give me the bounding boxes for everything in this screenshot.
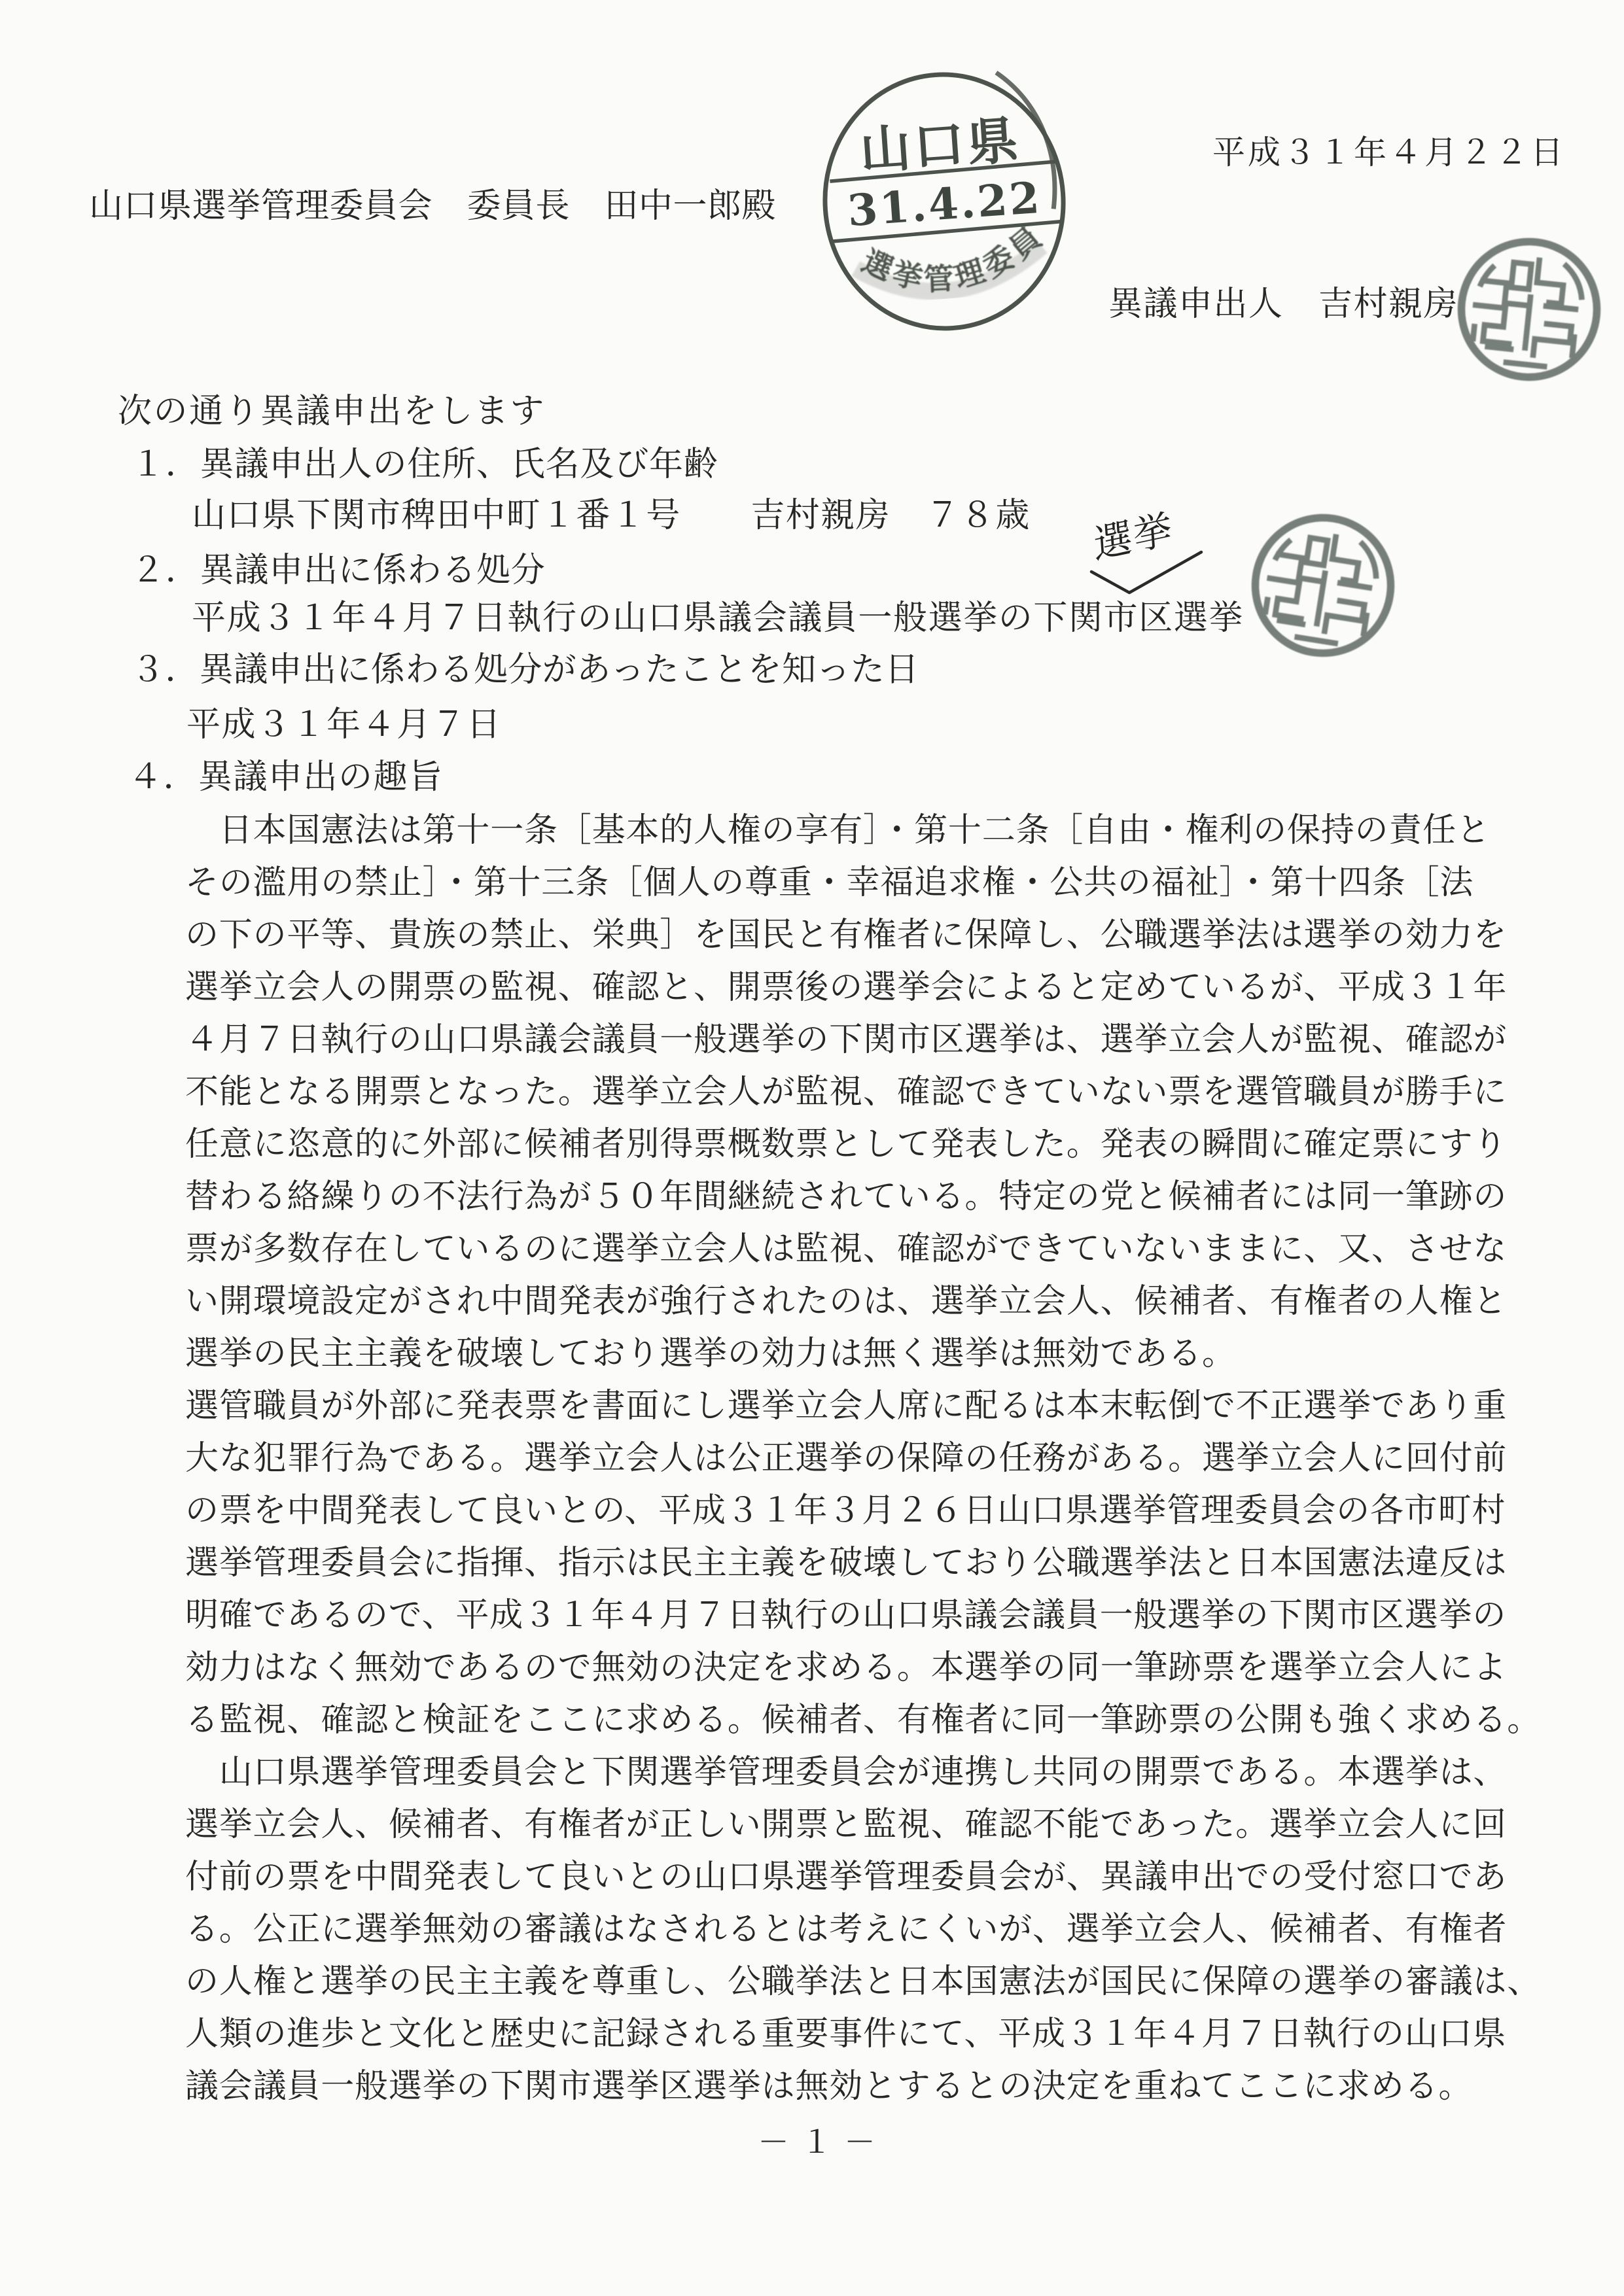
- body-line: る監視、確認と検証をここに求める。候補者、有権者に同一筆跡票の公開も強く求める。: [185, 1694, 1566, 1747]
- item1-content: 山口県下関市稗田中町１番１号 吉村親房 ７８歳: [192, 498, 1031, 534]
- item3-label: ３．異議申出に係わる処分があったことを知った日: [131, 652, 919, 689]
- item1-label: １．異議申出人の住所、氏名及び年齢: [131, 447, 718, 483]
- stamp-oval-border: [817, 67, 1072, 336]
- item2-label: ２．異議申出に係わる処分: [131, 553, 546, 589]
- body-line: 選挙管理委員会に指揮、指示は民主主義を破壊しており公職選挙法と日本国憲法違反は: [185, 1537, 1566, 1590]
- body-line: その濫用の禁止］・第十三条［個人の尊重・幸福追求権・公共の福祉］・第十四条［法: [185, 857, 1566, 909]
- document-date: 平成３１年４月２２日: [1212, 135, 1566, 170]
- overlapping-stamp-arc: [996, 69, 1056, 213]
- page-number: －１－: [758, 2126, 887, 2160]
- item4-label: ４．異議申出の趣旨: [128, 759, 444, 796]
- body-line: い開環境設定がされ中間発表が強行されたのは、選挙立会人、候補者、有権者の人権と: [185, 1276, 1566, 1328]
- body-line: 選挙の民主主義を破壊しており選挙の効力は無く選挙は無効である。: [185, 1328, 1566, 1380]
- body-line: 替わる絡繰りの不法行為が５０年間継続されている。特定の党と候補者には同一筆跡の: [185, 1171, 1566, 1223]
- statement-body: 日本国憲法は第十一条［基本的人権の享有］・第十二条［自由・権利の保持の責任とその…: [185, 805, 1566, 2113]
- handwritten-text: 選挙: [1092, 507, 1174, 568]
- body-line: 票が多数存在しているのに選挙立会人は監視、確認ができていないままに、又、させな: [185, 1223, 1566, 1276]
- body-line: 任意に恣意的に外部に候補者別得票概数票として発表した。発表の瞬間に確定票にすり: [185, 1119, 1566, 1171]
- body-line: 選挙立会人、候補者、有権者が正しい開票と監視、確認不能であった。選挙立会人に回: [185, 1799, 1566, 1851]
- body-line: 山口県選挙管理委員会と下関選挙管理委員会が連携し共同の開票である。本選挙は、: [185, 1747, 1566, 1799]
- body-line: 不能となる開票となった。選挙立会人が監視、確認できていない票を選管職員が勝手に: [185, 1066, 1566, 1119]
- insertion-bracket-mark: [1091, 552, 1201, 593]
- body-line: 議会議員一般選挙の下関市選挙区選挙は無効とするとの決定を重ねてここに求める。: [185, 2061, 1566, 2113]
- body-line: 選挙立会人の開票の監視、確認と、開票後の選挙会によると定めているが、平成３１年: [185, 962, 1566, 1014]
- body-line: 明確であるので、平成３１年４月７日執行の山口県議会議員一般選挙の下関市区選挙の: [185, 1590, 1566, 1642]
- stamp-date-text: 31.4.22: [846, 172, 1043, 236]
- body-line: 大な犯罪行為である。選挙立会人は公正選挙の保障の任務がある。選挙立会人に回付前: [185, 1433, 1566, 1485]
- stamp-office-text: 選挙管理委員会: [813, 67, 1053, 306]
- scanned-objection-document: 山口県選挙管理委員会 委員長 田中一郎殿 平成３１年４月２２日 異議申出人 吉村…: [0, 0, 1624, 2296]
- body-line: 付前の票を中間発表して良いとの山口県選挙管理委員会が、異議申出での受付窓口であ: [185, 1851, 1566, 1904]
- receipt-date-stamp: 山口県 31.4.22 選挙管理委員会: [813, 67, 1088, 342]
- addressee-line: 山口県選挙管理委員会 委員長 田中一郎殿: [89, 188, 776, 225]
- body-line: の票を中間発表して良いとの、平成３１年３月２６日山口県選挙管理委員会の各市町村: [185, 1485, 1566, 1537]
- applicant-line: 異議申出人 吉村親房: [1108, 287, 1458, 323]
- intro-line: 次の通り異議申出をします: [118, 394, 546, 430]
- personal-seal-stamp: [1447, 227, 1612, 392]
- body-line: の人権と選挙の民主主義を尊重し、公職挙法と日本国憲法が国民に保障の選挙の審議は、: [185, 1956, 1566, 2008]
- body-line: 人類の進歩と文化と歴史に記録される重要事件にて、平成３１年４月７日執行の山口県: [185, 2008, 1566, 2061]
- stamp-prefecture-text: 山口県: [858, 112, 1022, 180]
- personal-seal-stamp-2: [1237, 504, 1409, 667]
- body-line: 日本国憲法は第十一条［基本的人権の享有］・第十二条［自由・権利の保持の責任と: [185, 805, 1566, 857]
- item2-content: 平成３１年４月７日執行の山口県議会議員一般選挙の下関市区選挙: [192, 600, 1244, 637]
- body-line: る。公正に選挙無効の審議はなされるとは考えにくいが、選挙立会人、候補者、有権者: [185, 1904, 1566, 1956]
- item3-content: 平成３１年４月７日: [186, 707, 502, 744]
- body-line: 効力はなく無効であるので無効の決定を求める。本選挙の同一筆跡票を選挙立会人によ: [185, 1642, 1566, 1694]
- body-line: 選管職員が外部に発表票を書面にし選挙立会人席に配るは本末転倒で不正選挙であり重: [185, 1380, 1566, 1433]
- body-line: ４月７日執行の山口県議会議員一般選挙の下関市区選挙は、選挙立会人が監視、確認が: [185, 1014, 1566, 1066]
- body-line: の下の平等、貴族の禁止、栄典］を国民と有権者に保障し、公職選挙法は選挙の効力を: [185, 909, 1566, 962]
